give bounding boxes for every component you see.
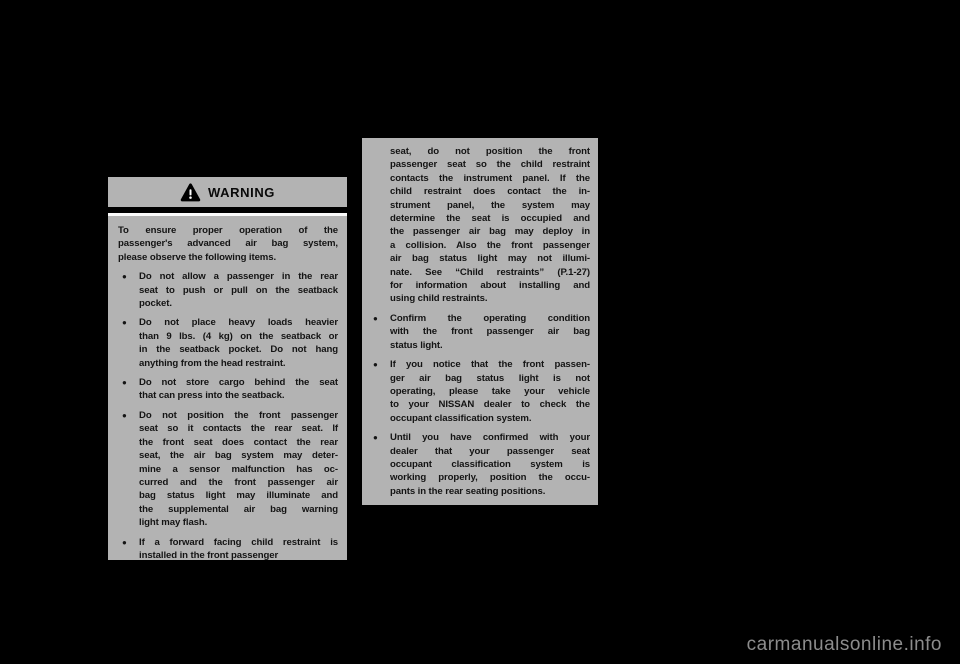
bullet-item: ●If you notice that the front passen-ger… [371,358,590,425]
continuation-box: seat, do not position the frontpassenger… [362,138,598,505]
text-line: that can press into the seatback. [139,389,338,402]
text-line: Do not store cargo behind the seat [139,376,338,389]
bullet-item: ●Do not store cargo behind the seatthat … [118,376,338,403]
warning-triangle-icon [180,183,201,202]
text-line: Until you have confirmed with your [390,431,590,444]
text-lines: Do not allow a passenger in the rearseat… [139,270,338,310]
text-line: To ensure proper operation of the [118,224,338,237]
bullet-item: ●Do not position the front passengerseat… [118,409,338,530]
continuation-body: seat, do not position the frontpassenger… [362,138,598,498]
bullet-item: ●Confirm the operating conditionwith the… [371,312,590,352]
text-lines: Do not place heavy loads heavierthan 9 l… [139,316,338,370]
text-lines: If you notice that the front passen-ger … [390,358,590,425]
text-line: anything from the head restraint. [139,357,338,370]
text-lines: Until you have confirmed with yourdealer… [390,431,590,498]
text-line: Do not position the front passenger [139,409,338,422]
text-line: than 9 lbs. (4 kg) on the seatback or [139,330,338,343]
bullet-item: ●If a forward facing child restraint isi… [118,536,338,563]
text-line: working properly, position the occu- [390,471,590,484]
text-lines: If a forward facing child restraint isin… [139,536,338,563]
text-line: a collision. Also the front passenger [390,239,590,252]
text-line: mine a sensor malfunction has oc- [139,463,338,476]
text-line: the front seat does contact the rear [139,436,338,449]
text-line: with the front passenger air bag [390,325,590,338]
text-lines: Do not position the front passengerseat … [139,409,338,530]
text-line: dealer that your passenger seat [390,445,590,458]
manual-page: WARNING To ensure proper operation of th… [0,0,960,664]
bullet-marker-icon: ● [118,409,139,530]
text-lines: Confirm the operating conditionwith the … [390,312,590,352]
bullet-marker-icon: ● [371,431,390,498]
bullet-item: ●Do not place heavy loads heavierthan 9 … [118,316,338,370]
warning-title: WARNING [208,185,275,200]
text-line: nate. See “Child restraints” (P.1-27) [390,266,590,279]
text-line: bag status light may illuminate and [139,489,338,502]
text-line: If a forward facing child restraint is [139,536,338,549]
text-line: status light. [390,339,590,352]
text-line: occupant classification system is [390,458,590,471]
text-line: to your NISSAN dealer to check the [390,398,590,411]
text-line: curred and the front passenger air [139,476,338,489]
watermark: carmanualsonline.info [747,634,942,656]
warning-header: WARNING [108,177,347,207]
text-line: ger air bag status light is not [390,372,590,385]
text-line: using child restraints. [390,292,590,305]
text-line: seat, do not position the front [390,145,590,158]
text-line: Do not allow a passenger in the rear [139,270,338,283]
text-line: determine the seat is occupied and [390,212,590,225]
text-line: occupant classification system. [390,412,590,425]
text-line: in the seatback pocket. Do not hang [139,343,338,356]
text-line: the supplemental air bag warning [139,503,338,516]
text-line: Do not place heavy loads heavier [139,316,338,329]
bullet-marker-icon: ● [118,536,139,563]
text-line: seat, the air bag system may deter- [139,449,338,462]
text-line: passenger's advanced air bag system, [118,237,338,250]
bullet-marker-icon: ● [118,270,139,310]
paragraph: To ensure proper operation of thepasseng… [118,224,338,264]
text-line: pants in the rear seating positions. [390,485,590,498]
text-line: air bag status light may not illumi- [390,252,590,265]
text-line: strument panel, the system may [390,199,590,212]
text-line: child restraint does contact the in- [390,185,590,198]
text-line: the passenger air bag may deploy in [390,225,590,238]
text-line: pocket. [139,297,338,310]
warning-box: WARNING To ensure proper operation of th… [108,177,347,560]
header-divider [108,207,347,216]
bullet-marker-icon: ● [371,312,390,352]
bullet-marker-icon: ● [118,376,139,403]
text-lines: Do not store cargo behind the seatthat c… [139,376,338,403]
text-line: for information about installing and [390,279,590,292]
bullet-item: ●Do not allow a passenger in the rearsea… [118,270,338,310]
paragraph: seat, do not position the frontpassenger… [371,145,590,306]
bullet-marker-icon: ● [118,316,139,370]
bullet-item: ●Until you have confirmed with yourdeale… [371,431,590,498]
bullet-marker-icon: ● [371,358,390,425]
text-line: If you notice that the front passen- [390,358,590,371]
text-line: contacts the instrument panel. If the [390,172,590,185]
text-lines: seat, do not position the frontpassenger… [390,145,590,306]
text-line: seat to push or pull on the seatback [139,284,338,297]
warning-body: To ensure proper operation of thepasseng… [108,216,347,562]
text-line: Confirm the operating condition [390,312,590,325]
text-lines: To ensure proper operation of thepasseng… [118,224,338,264]
text-line: please observe the following items. [118,251,338,264]
text-line: operating, please take your vehicle [390,385,590,398]
text-line: passenger seat so the child restraint [390,158,590,171]
text-line: seat so it contacts the rear seat. If [139,422,338,435]
text-line: installed in the front passenger [139,549,338,562]
text-line: light may flash. [139,516,338,529]
